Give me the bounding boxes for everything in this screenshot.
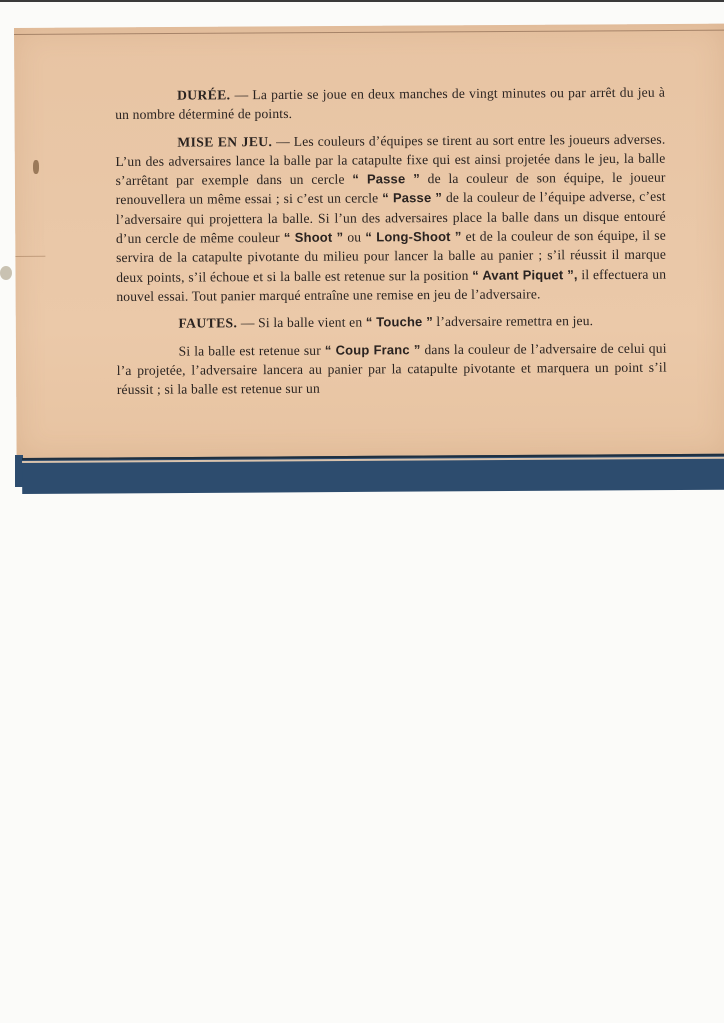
section-heading: MISE EN JEU. [177,134,272,150]
paragraph-duree: DURÉE. — La partie se joue en deux manch… [115,83,665,125]
scan-edge [0,0,724,2]
game-term: “ Shoot ” [284,230,344,245]
paper-edge-mark [0,266,12,280]
body-text: Si la balle est retenue sur [179,342,325,358]
paragraph-fautes: FAUTES. — Si la balle vient en “ Touche … [116,311,666,334]
section-heading: DURÉE. [177,87,230,102]
paper-fold [15,256,45,257]
heading-dash: — [272,134,294,149]
game-term: “ Touche ” [366,314,433,329]
section-heading: FAUTES. [178,316,237,331]
paragraph-body: Si la balle est retenue sur “ Coup Franc… [117,340,667,397]
game-term: “ Passe ” [382,190,442,205]
game-term: “ Coup Franc ” [325,342,421,358]
paragraph-mise-en-jeu: MISE EN JEU. — Les couleurs d’équipes se… [115,129,666,306]
ink-stain [33,160,39,174]
blue-border-band [22,454,724,494]
heading-dash: — [230,87,252,102]
body-text: Si la balle vient en [258,315,366,331]
body-text: ou [343,230,365,245]
paragraph-body: Si la balle vient en “ Touche ” l’advers… [258,313,593,330]
game-term: “ Avant Piquet ”, [472,267,578,283]
game-term: “ Passe ” [352,171,420,186]
rules-text: DURÉE. — La partie se joue en deux manch… [115,83,667,400]
paragraph-body: Les couleurs d’équipes se tirent au sort… [115,131,666,304]
game-term: “ Long-Shoot ” [365,229,461,245]
paragraph-coup-franc: Si la balle est retenue sur “ Coup Franc… [117,338,667,399]
body-text: l’adversaire remettra en jeu. [433,313,593,329]
heading-dash: — [237,315,258,330]
